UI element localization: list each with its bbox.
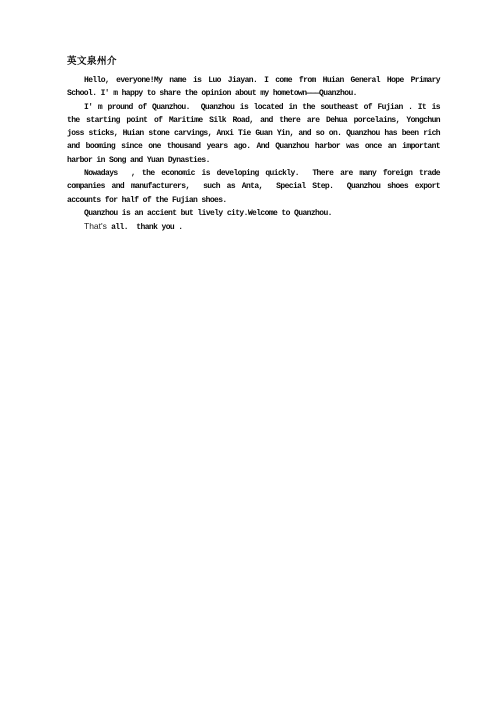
text-line: I' m pround of Quanzhou. Quanzhou is loc… xyxy=(67,101,440,114)
text-line: companies and manufacturers, such as Ant… xyxy=(67,180,440,193)
text-line: joss sticks, Huian stone carvings, Anxi … xyxy=(67,127,440,140)
text-line: harbor in Song and Yuan Dynasties. xyxy=(67,154,440,167)
text-line: Quanzhou is an accient but lively city.W… xyxy=(67,207,440,220)
text-line: the starting point of Maritime Silk Road… xyxy=(67,114,440,127)
typed-text: joss sticks, Huian stone carvings, Anxi … xyxy=(67,129,440,138)
typed-text: harbor in Song and Yuan Dynasties. xyxy=(67,156,210,165)
paragraph-lines: Hello, everyone!My name is Luo Jiayan. I… xyxy=(67,74,440,235)
typed-text: the starting point of Maritime Silk Road… xyxy=(67,116,440,125)
typed-text: companies and manufacturers, such as Ant… xyxy=(67,182,440,191)
typed-text: Nowadays , the economic is developing qu… xyxy=(84,169,440,178)
document-body: 英文泉州介 Hello, everyone!My name is Luo Jia… xyxy=(67,56,440,235)
text-line: That's all. thank you . xyxy=(67,220,440,234)
text-line: and booming since one thousand years ago… xyxy=(67,140,440,153)
typed-text: I' m pround of Quanzhou. Quanzhou is loc… xyxy=(84,103,440,112)
handwritten-style-text: That's xyxy=(84,221,107,231)
text-line: accounts for half of the Fujian shoes. xyxy=(67,194,440,207)
typed-text: School. I' m happy to share the opinion … xyxy=(67,89,357,98)
text-line: School. I' m happy to share the opinion … xyxy=(67,87,440,100)
document-title: 英文泉州介 xyxy=(67,56,440,68)
typed-text: all. thank you . xyxy=(107,223,183,232)
text-line: Nowadays , the economic is developing qu… xyxy=(67,167,440,180)
typed-text: Quanzhou is an accient but lively city.W… xyxy=(84,209,332,218)
text-line: Hello, everyone!My name is Luo Jiayan. I… xyxy=(67,74,440,87)
typed-text: and booming since one thousand years ago… xyxy=(67,142,440,151)
typed-text: Hello, everyone!My name is Luo Jiayan. I… xyxy=(84,76,440,85)
typed-text: accounts for half of the Fujian shoes. xyxy=(67,196,227,205)
page: 英文泉州介 Hello, everyone!My name is Luo Jia… xyxy=(0,0,496,702)
